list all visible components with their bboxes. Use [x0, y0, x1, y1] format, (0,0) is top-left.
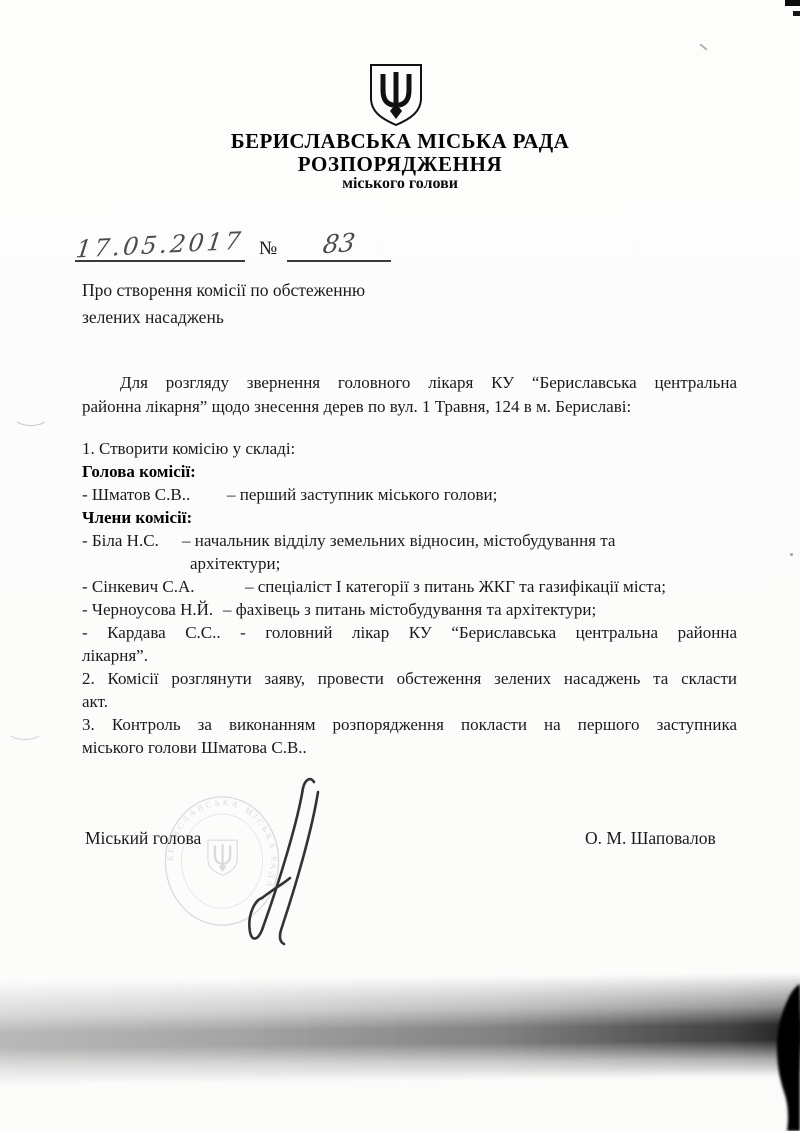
- scan-black-blob: [764, 984, 800, 1131]
- order-item-3: 3. Контроль за виконанням розпорядження …: [82, 713, 737, 759]
- commission-head-row: - Шматов С.В.. – перший заступник місько…: [82, 483, 737, 506]
- subject-paragraph: Про створення комісії по обстеженню зеле…: [82, 277, 502, 331]
- member-name: - Сінкевич С.А.: [82, 575, 245, 598]
- scan-arc-artifact: [13, 407, 49, 426]
- member-role: – фахівець з питань містобудування та ар…: [223, 598, 737, 621]
- date-number-line: 17.05.2017 № 83: [75, 226, 391, 262]
- order-item-2: 2. Комісії розглянути заяву, провести об…: [82, 667, 737, 713]
- signer-name: О. М. Шаповалов: [585, 828, 716, 849]
- doc-type-title: РОЗПОРЯДЖЕННЯ: [0, 152, 800, 177]
- date-field: 17.05.2017: [75, 224, 245, 262]
- scan-corner-mark: [785, 0, 800, 6]
- member-row: - Сінкевич С.А. – спеціаліст І категорії…: [82, 575, 737, 598]
- tryzub-icon: [366, 62, 426, 128]
- scan-corner-mark: [793, 11, 800, 16]
- doc-subtype: міського голови: [0, 175, 800, 193]
- scan-shadow-band: [0, 972, 800, 1087]
- scanned-document-page: БЕРИСЛАВСЬКА МІСЬКА РАДА РОЗПОРЯДЖЕННЯ м…: [0, 0, 800, 1131]
- handwritten-date: 17.05.2017: [75, 227, 246, 265]
- signature-scribble: [226, 770, 350, 952]
- number-field: 83: [287, 224, 391, 262]
- signer-title: Міський голова: [85, 828, 201, 849]
- member-row-kardava: - Кардава С.С.. - головний лікар КУ “Бер…: [82, 621, 737, 667]
- order-item-1: 1. Створити комісію у складі:: [82, 437, 737, 460]
- member-row: - Біла Н.С. – начальник відділу земельни…: [82, 529, 737, 575]
- member-row: - Черноусова Н.Й. – фахівець з питань мі…: [82, 598, 737, 621]
- scan-arc-artifact: [7, 721, 43, 740]
- order-body: 1. Створити комісію у складі: Голова ком…: [82, 437, 737, 759]
- member-name: - Шматов С.В..: [82, 483, 227, 506]
- number-sign: №: [259, 238, 277, 260]
- commission-head-label: Голова комісії:: [82, 460, 737, 483]
- scan-speck: [790, 553, 793, 556]
- org-name: БЕРИСЛАВСЬКА МІСЬКА РАДА: [0, 129, 800, 154]
- subject-line: Про створення комісії по обстеженню: [82, 277, 502, 304]
- handwritten-number: 83: [321, 228, 357, 262]
- subject-line: зелених насаджень: [82, 304, 502, 331]
- member-role: – спеціаліст І категорії з питань ЖКГ та…: [245, 575, 737, 598]
- intro-paragraph: Для розгляду звернення головного лікаря …: [82, 371, 737, 418]
- intro-line: районна лікарня” щодо знесення дерев по …: [82, 395, 737, 419]
- intro-line: Для розгляду звернення головного лікаря …: [82, 371, 737, 395]
- member-name: - Біла Н.С.: [82, 529, 182, 575]
- member-name: - Черноусова Н.Й.: [82, 598, 223, 621]
- commission-members-label: Члени комісії:: [82, 506, 737, 529]
- member-role: – перший заступник міського голови;: [227, 483, 737, 506]
- member-role: – начальник відділу земельних відносин, …: [182, 529, 737, 575]
- scan-speck: [699, 43, 707, 50]
